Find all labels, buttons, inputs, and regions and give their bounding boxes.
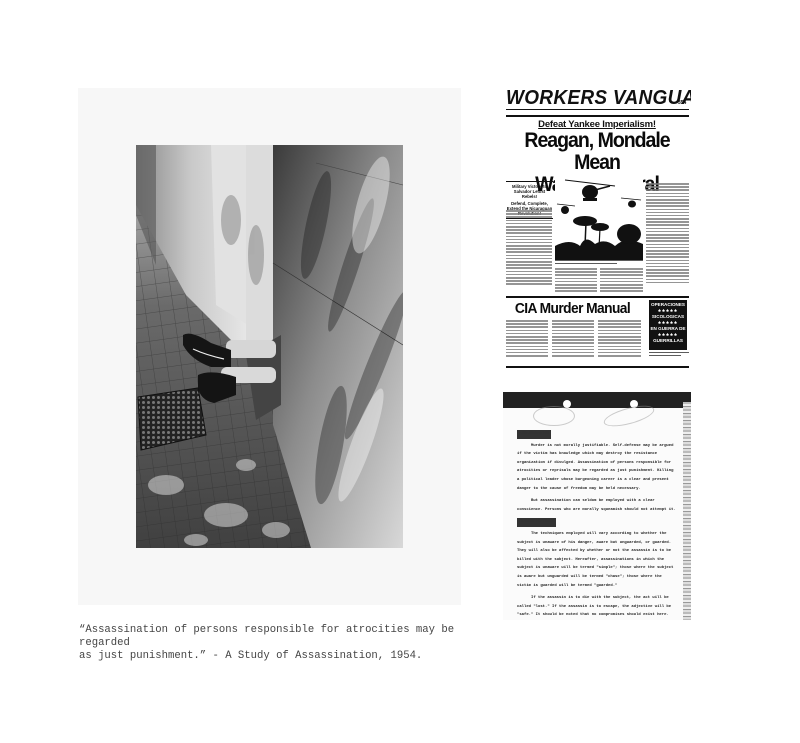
doc-paragraph: Murder is not morally justifiable. Self-… (517, 442, 677, 494)
manual-text-column-2 (552, 320, 594, 358)
doc-paragraph: But assassination can seldom be employed… (517, 497, 677, 514)
text-column-3 (600, 268, 643, 294)
psyops-manual-cover: OPERACIONES ♣♣♣♣♣ SICOLOGICAS ♣♣♣♣♣ EN G… (649, 300, 687, 350)
photo-image (136, 145, 403, 548)
newspaper-masthead: WORKERS VANGUARD (506, 88, 666, 111)
street-photograph (136, 145, 403, 548)
text-column-2 (555, 268, 597, 294)
section-heading-assassination: ASSASSINATION (517, 430, 551, 439)
cover-caption (649, 352, 689, 357)
text-column-4 (646, 183, 689, 285)
document-body: ASSASSINATION Murder is not morally just… (517, 430, 677, 620)
masthead-rule (506, 109, 689, 110)
helicopter-illustration (555, 176, 643, 260)
bottom-rule (506, 366, 689, 368)
dateline-rule (506, 115, 689, 117)
handwritten-mark (533, 406, 575, 426)
document-edge (683, 402, 691, 620)
section-heading-classifications: CLASSIFICATIONS (517, 518, 556, 527)
doc-paragraph: The techniques employed will vary accord… (517, 530, 677, 590)
illustration-caption (555, 260, 643, 265)
declassified-document: ASSASSINATION Murder is not morally just… (503, 392, 691, 620)
text-column-1 (506, 210, 552, 287)
slogan-line: Salvador Leftist Rebels! (506, 189, 553, 199)
manual-text-column-3 (598, 320, 641, 358)
cover-line: GUERRILLAS (649, 338, 687, 344)
manual-text-column-1 (506, 320, 548, 358)
cia-murder-manual-headline: CIA Murder Manual (508, 301, 636, 317)
caption-line-2: as just punishment.” - A Study of Assass… (79, 650, 499, 663)
photo-caption: “Assassination of persons responsible fo… (79, 624, 499, 663)
newspaper-front-page: WORKERS VANGUARD 354 Defeat Yankee Imper… (503, 88, 691, 371)
headline-line-1: Reagan, Mondale Mean (510, 130, 685, 174)
document-top-shadow (503, 392, 691, 408)
section-rule (506, 296, 689, 298)
doc-paragraph: If the assassin is to die with the subje… (517, 594, 677, 620)
issue-number: 354 (678, 100, 686, 106)
caption-line-1: “Assassination of persons responsible fo… (79, 624, 499, 650)
